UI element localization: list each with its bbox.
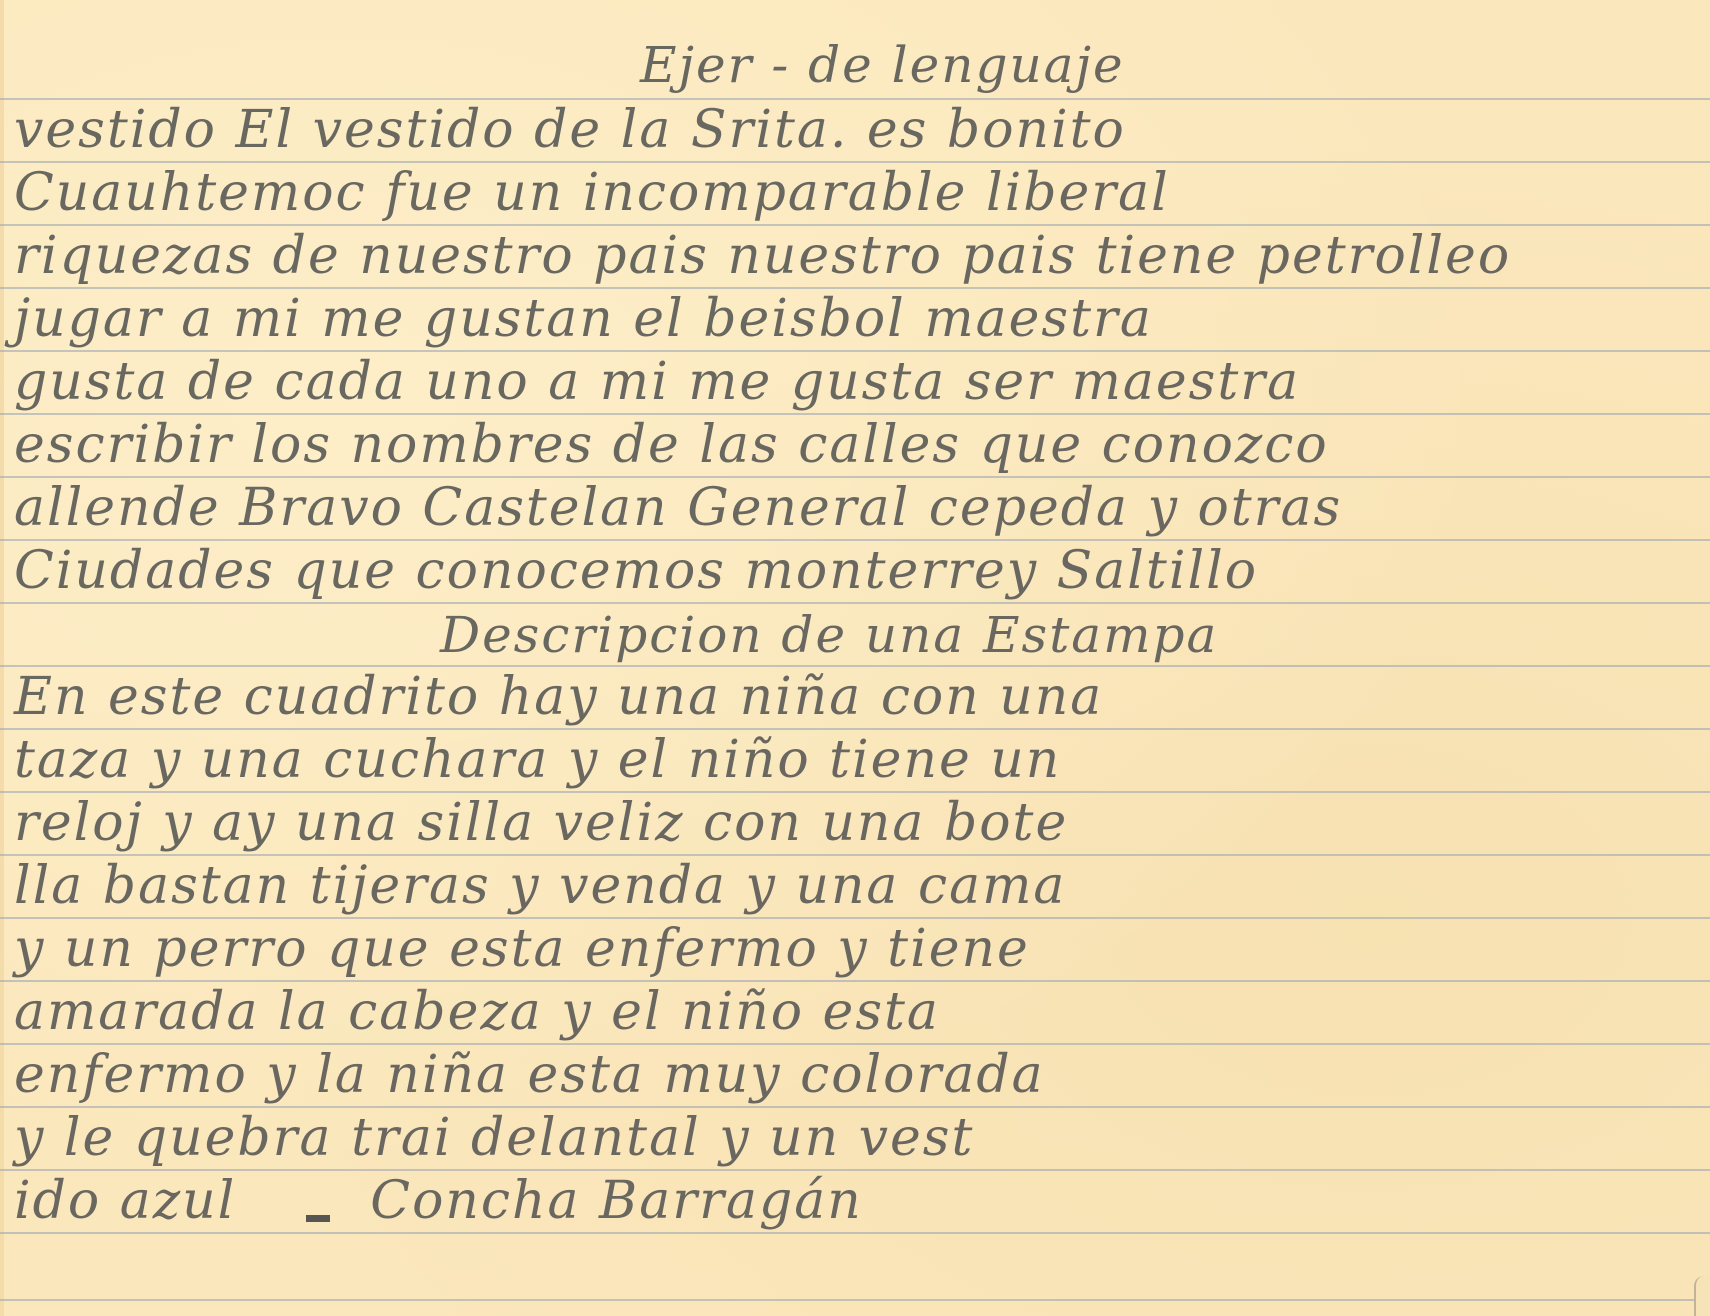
description-line-1: En este cuadrito hay una niña con una bbox=[14, 667, 1103, 727]
closing-line: ido azulConcha Barragán bbox=[14, 1171, 863, 1231]
text-line-8: Ciudades que conocemos monterrey Saltill… bbox=[14, 541, 1258, 601]
dash-separator bbox=[306, 1215, 330, 1222]
ruled-line bbox=[0, 602, 1710, 604]
text-line-2: Cuauhtemoc fue un incomparable liberal bbox=[14, 163, 1170, 223]
description-line-4: lla bastan tijeras y venda y una cama bbox=[14, 856, 1066, 916]
section-subtitle: Descripcion de una Estampa bbox=[440, 606, 1218, 664]
description-line-3: reloj y ay una silla veliz con una bote bbox=[14, 793, 1068, 853]
page-title: Ejer - de lenguaje bbox=[640, 36, 1125, 94]
torn-corner bbox=[1694, 1276, 1710, 1316]
text-line-4: jugar a mi me gustan el beisbol maestra bbox=[14, 289, 1153, 349]
ruled-line bbox=[0, 1299, 1710, 1301]
description-line-8: y le quebra trai delantal y un vest bbox=[14, 1108, 974, 1168]
text-line-7: allende Bravo Castelan General cepeda y … bbox=[14, 478, 1342, 538]
description-line-2: taza y una cuchara y el niño tiene un bbox=[14, 730, 1061, 790]
signature: Concha Barragán bbox=[370, 1171, 862, 1231]
text-line-1: vestido El vestido de la Srita. es bonit… bbox=[14, 100, 1126, 160]
description-line-5: y un perro que esta enfermo y tiene bbox=[14, 919, 1030, 979]
text-line-6: escribir los nombres de las calles que c… bbox=[14, 415, 1329, 475]
notebook-page: Ejer - de lenguaje vestido El vestido de… bbox=[0, 0, 1710, 1316]
description-line-6: amarada la cabeza y el niño esta bbox=[14, 982, 940, 1042]
description-line-7: enfermo y la niña esta muy colorada bbox=[14, 1045, 1045, 1105]
text-line-3: riquezas de nuestro pais nuestro pais ti… bbox=[14, 226, 1511, 286]
paper-edge bbox=[0, 0, 4, 1316]
ruled-line bbox=[0, 1232, 1710, 1234]
text-line-5: gusta de cada uno a mi me gusta ser maes… bbox=[14, 352, 1300, 412]
description-line-9: ido azul bbox=[14, 1171, 236, 1231]
